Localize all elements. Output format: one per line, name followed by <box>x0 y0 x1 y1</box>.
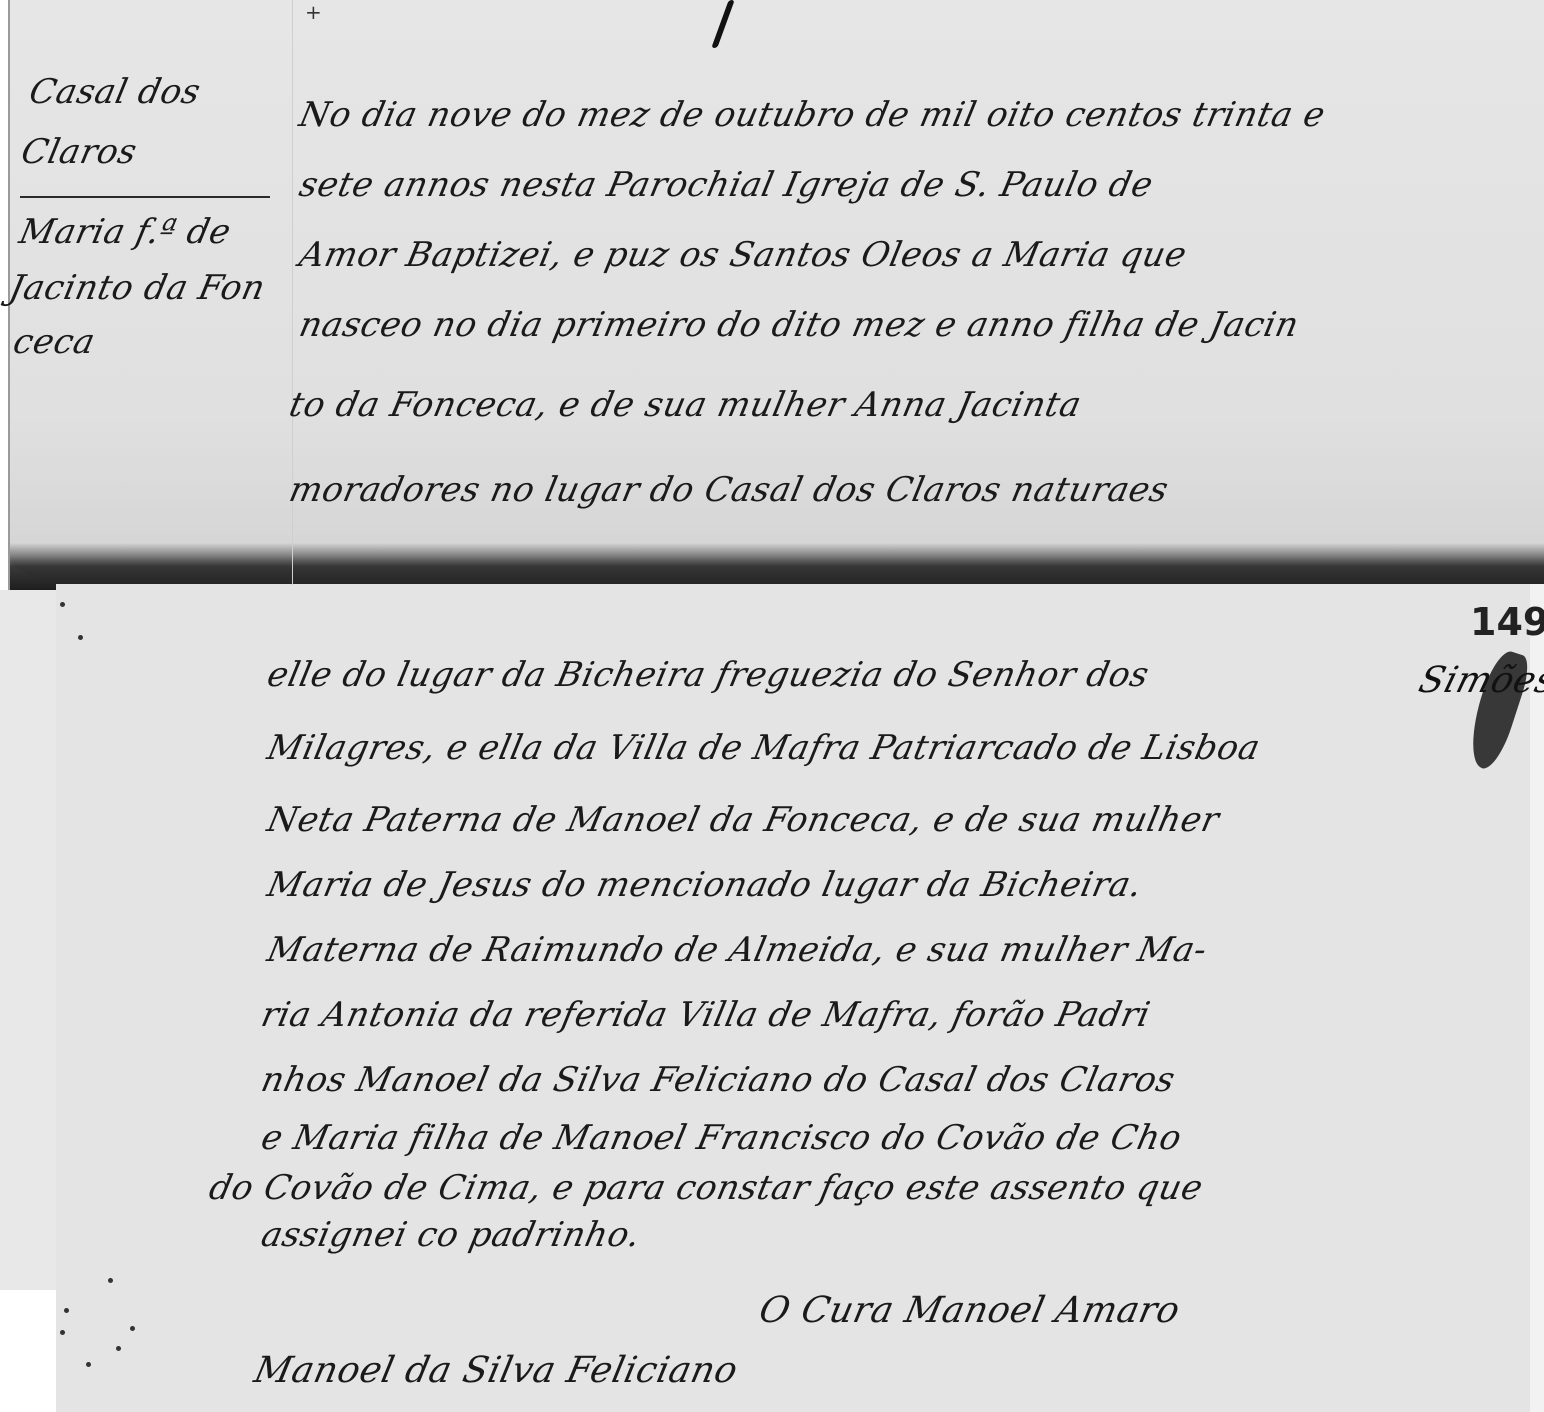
body-line: moradores no lugar do Casal dos Claros n… <box>286 470 1172 510</box>
body-line: elle do lugar da Bicheira freguezia do S… <box>264 655 1153 695</box>
body-line: nhos Manoel da Silva Feliciano do Casal … <box>258 1060 1179 1100</box>
page-number: 149 <box>1470 600 1544 644</box>
body-line: sete annos nesta Parochial Igreja de S. … <box>296 165 1157 205</box>
blank-corner <box>0 1290 56 1412</box>
margin-underline <box>20 196 270 198</box>
scan-strip-left-cap <box>0 590 56 1290</box>
margin-note-line: Casal dos <box>26 72 204 112</box>
top-mark: + <box>305 0 322 24</box>
margin-note-line: ceca <box>10 322 99 362</box>
margin-note-line: Jacinto da Fon <box>6 268 269 308</box>
body-line: Milagres, e ella da Villa de Mafra Patri… <box>264 728 1264 768</box>
right-edge <box>1530 584 1544 1412</box>
body-line: Amor Baptizei, e puz os Santos Oleos a M… <box>296 235 1191 275</box>
body-line: Maria de Jesus do mencionado lugar da Bi… <box>264 865 1146 905</box>
godfather-signature: Manoel da Silva Feliciano <box>251 1350 742 1391</box>
priest-signature: O Cura Manoel Amaro <box>756 1290 1184 1331</box>
body-line: Neta Paterna de Manoel da Fonceca, e de … <box>264 800 1223 840</box>
body-line: Materna de Raimundo de Almeida, e sua mu… <box>264 930 1211 970</box>
body-line: assignei co padrinho. <box>258 1215 644 1255</box>
margin-note-line: Claros <box>18 132 141 172</box>
body-line: No dia nove do mez de outubro de mil oit… <box>296 95 1329 135</box>
body-line: nasceo no dia primeiro do dito mez e ann… <box>296 305 1303 345</box>
body-line: e Maria filha de Manoel Francisco do Cov… <box>258 1118 1186 1158</box>
margin-note-line: Maria f.ª de <box>16 212 235 252</box>
body-line: do Covão de Cima, e para constar faço es… <box>206 1168 1207 1208</box>
right-margin-mark: Simões <box>1415 660 1544 701</box>
body-line: to da Fonceca, e de sua mulher Anna Jaci… <box>286 385 1085 425</box>
body-line: ria Antonia da referida Villa de Mafra, … <box>258 995 1154 1035</box>
